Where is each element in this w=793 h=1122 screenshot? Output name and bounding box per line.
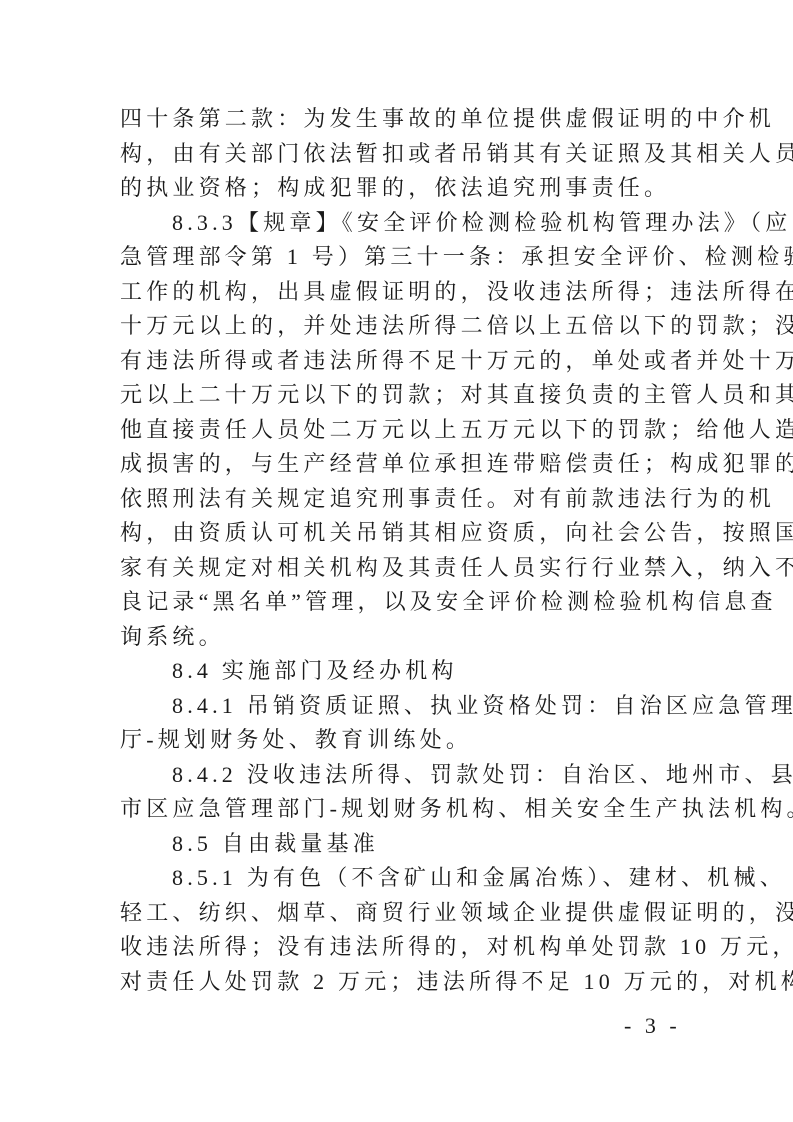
text-line: 轻工、纺织、烟草、商贸行业领域企业提供虚假证明的，没 [120,896,676,931]
section-heading-8-4: 8.4 实施部门及经办机构 [120,654,676,689]
text-line: 家有关规定对相关机构及其责任人员实行行业禁入，纳入不 [120,551,676,586]
text-line: 四十条第二款：为发生事故的单位提供虚假证明的中介机 [120,102,676,137]
text-line: 成损害的，与生产经营单位承担连带赔偿责任；构成犯罪的， [120,447,676,482]
text-line: 工作的机构，出具虚假证明的，没收违法所得；违法所得在 [120,275,676,310]
text-line: 市区应急管理部门-规划财务机构、相关安全生产执法机构。 [120,792,676,827]
text-line: 十万元以上的，并处违法所得二倍以上五倍以下的罚款；没 [120,309,676,344]
document-page: 四十条第二款：为发生事故的单位提供虚假证明的中介机 构，由有关部门依法暂扣或者吊… [0,0,793,1122]
text-line: 元以上二十万元以下的罚款；对其直接负责的主管人员和其 [120,378,676,413]
section-heading-8-4-2: 8.4.2 没收违法所得、罚款处罚：自治区、地州市、县 [120,758,676,793]
text-line: 依照刑法有关规定追究刑事责任。对有前款违法行为的机 [120,482,676,517]
section-heading-8-5-1: 8.5.1 为有色（不含矿山和金属冶炼）、建材、机械、 [120,861,676,896]
section-heading-8-5: 8.5 自由裁量基准 [120,827,676,862]
text-line: 询系统。 [120,620,676,655]
text-line: 收违法所得；没有违法所得的，对机构单处罚款 10 万元， [120,930,676,965]
page-number: - 3 - [624,1013,681,1039]
text-line: 有违法所得或者违法所得不足十万元的，单处或者并处十万 [120,344,676,379]
text-line: 构，由资质认可机关吊销其相应资质，向社会公告，按照国 [120,516,676,551]
text-line: 良记录“黑名单”管理，以及安全评价检测检验机构信息查 [120,585,676,620]
section-heading-8-4-1: 8.4.1 吊销资质证照、执业资格处罚：自治区应急管理 [120,689,676,724]
text-line: 构，由有关部门依法暂扣或者吊销其有关证照及其相关人员 [120,137,676,172]
body-text: 四十条第二款：为发生事故的单位提供虚假证明的中介机 构，由有关部门依法暂扣或者吊… [120,102,676,999]
text-line: 的执业资格；构成犯罪的，依法追究刑事责任。 [120,171,676,206]
text-line: 他直接责任人员处二万元以上五万元以下的罚款；给他人造 [120,413,676,448]
text-line: 急管理部令第 1 号）第三十一条：承担安全评价、检测检验 [120,240,676,275]
text-line: 对责任人处罚款 2 万元；违法所得不足 10 万元的，对机构 [120,965,676,1000]
text-line: 厅-规划财务处、教育训练处。 [120,723,676,758]
section-heading-8-3-3: 8.3.3【规章】《安全评价检测检验机构管理办法》（应 [120,206,676,241]
